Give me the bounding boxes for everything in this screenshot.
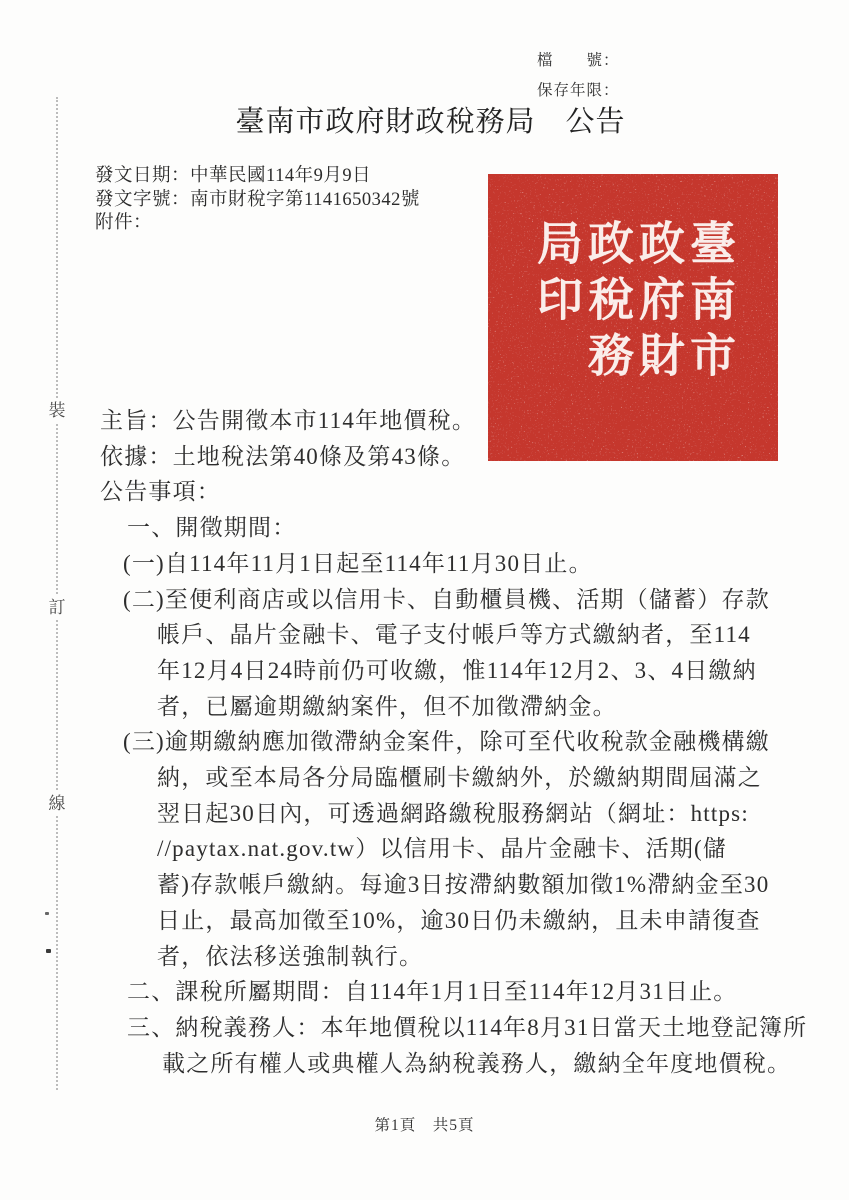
item-1-3-cont: //paytax.nat.gov.tw）以信用卡、晶片金融卡、活期(儲	[0, 831, 849, 867]
basis-line: 依據：土地稅法第40條及第43條。	[0, 439, 849, 475]
item-1-3-cont: 翌日起30日內，可透過網路繳稅服務網站（網址：https:	[0, 796, 849, 832]
item-1-3-cont: 納，或至本局各分局臨櫃刷卡繳納外，於繳納期間屆滿之	[0, 760, 849, 796]
item-3-cont: 載之所有權人或典權人為納稅義務人，繳納全年度地價稅。	[0, 1046, 849, 1082]
item-1-1: (一)自114年11月1日起至114年11月30日止。	[0, 546, 849, 582]
matters-heading: 公告事項：	[0, 474, 849, 510]
issue-date: 發文日期：中華民國114年9月9日	[95, 165, 420, 189]
item-1-2-cont: 者，已屬逾期繳納案件，但不加徵滯納金。	[0, 689, 849, 725]
page-number: 第1頁 共5頁	[0, 1113, 849, 1135]
scanned-announcement-page: 檔 號： 保存年限： 臺南市政府財政稅務局 公告 發文日期：中華民國114年9月…	[0, 0, 849, 1200]
item-1-3-cont: 者，依法移送強制執行。	[0, 939, 849, 975]
issue-number: 發文字號：南市財稅字第1141650342號	[95, 189, 420, 213]
item-2: 二、課稅所屬期間：自114年1月1日至114年12月31日止。	[0, 974, 849, 1010]
file-number-label: 檔 號：	[537, 46, 620, 76]
announcement-body: 主旨：公告開徵本市114年地價稅。 依據：土地稅法第40條及第43條。 公告事項…	[0, 403, 849, 1081]
scan-speck	[45, 912, 49, 915]
item-1-3-cont: 日止，最高加徵至10%，逾30日仍未繳納，且未申請復查	[0, 903, 849, 939]
scan-speck	[46, 949, 51, 953]
item-1-2-cont: 年12月4日24時前仍可收繳，惟114年12月2、3、4日繳納	[0, 653, 849, 689]
item-1-heading: 一、開徵期間：	[0, 510, 849, 546]
item-1-2-cont: 帳戶、晶片金融卡、電子支付帳戶等方式繳納者，至114	[0, 617, 849, 653]
attachment-label: 附件：	[95, 212, 420, 236]
item-1-2: (二)至便利商店或以信用卡、自動櫃員機、活期（儲蓄）存款	[0, 582, 849, 618]
item-1-3: (三)逾期繳納應加徵滯納金案件，除可至代收稅款金融機構繳	[0, 724, 849, 760]
subject-line: 主旨：公告開徵本市114年地價稅。	[0, 403, 849, 439]
seal-text: 臺南市政府財政稅務局印	[531, 219, 735, 399]
file-meta: 檔 號： 保存年限：	[537, 46, 620, 106]
item-3: 三、納稅義務人：本年地價稅以114年8月31日當天土地登記簿所	[0, 1010, 849, 1046]
item-1-3-cont: 蓄)存款帳戶繳納。每逾3日按滯納數額加徵1%滯納金至30	[0, 867, 849, 903]
doc-info-block: 發文日期：中華民國114年9月9日 發文字號：南市財稅字第1141650342號…	[95, 165, 420, 236]
document-title: 臺南市政府財政稅務局 公告	[0, 99, 849, 140]
